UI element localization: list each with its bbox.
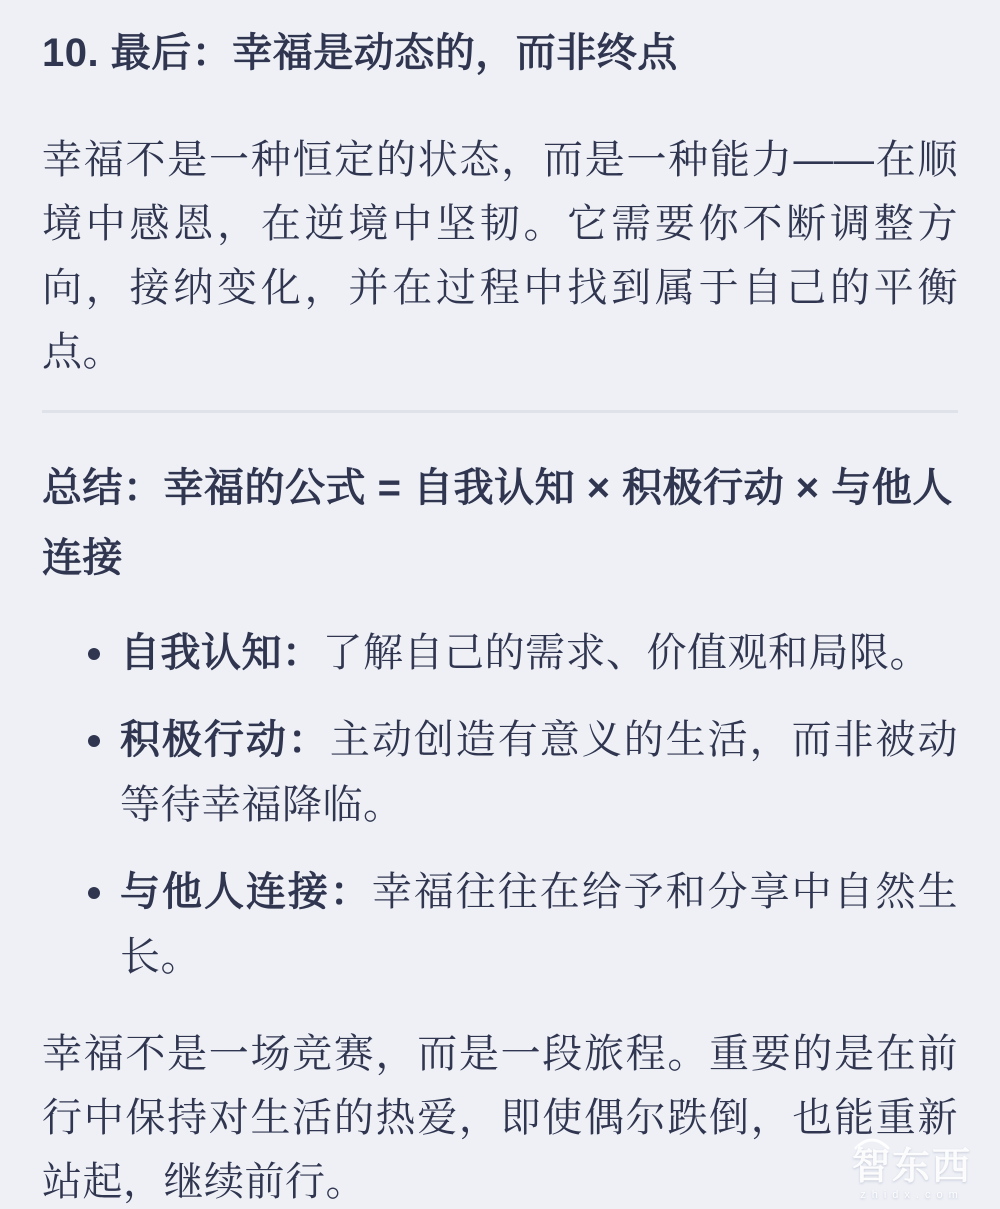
intro-paragraph: 幸福不是一种恒定的状态，而是一种能力——在顺境中感恩，在逆境中坚韧。它需要你不断… [42, 128, 958, 384]
section-heading: 10. 最后：幸福是动态的，而非终点 [42, 28, 958, 78]
bullet-term: 积极行动： [120, 718, 330, 762]
closing-paragraph: 幸福不是一场竞赛，而是一段旅程。重要的是在前行中保持对生活的热爱，即使偶尔跌倒，… [42, 1022, 958, 1209]
list-item: 积极行动：主动创造有意义的生活，而非被动等待幸福降临。 [42, 708, 958, 838]
summary-list: 自我认知：了解自己的需求、价值观和局限。 积极行动：主动创造有意义的生活，而非被… [42, 621, 958, 990]
watermark-logo: 智东西 zhidx.com [852, 1136, 972, 1201]
bullet-term: 与他人连接： [120, 870, 372, 914]
watermark-brand: 智东西 [852, 1148, 972, 1186]
list-item: 与他人连接：幸福往往在给予和分享中自然生长。 [42, 860, 958, 990]
summary-heading: 总结：幸福的公式 = 自我认知 × 积极行动 × 与他人连接 [42, 453, 958, 593]
bullet-term: 自我认知： [120, 631, 323, 675]
article-page: 10. 最后：幸福是动态的，而非终点 幸福不是一种恒定的状态，而是一种能力——在… [0, 0, 1000, 1209]
bullet-desc: 了解自己的需求、价值观和局限。 [323, 631, 931, 675]
list-item: 自我认知：了解自己的需求、价值观和局限。 [42, 621, 958, 686]
section-divider [42, 410, 958, 413]
watermark-caption: zhidx.com [852, 1190, 972, 1201]
